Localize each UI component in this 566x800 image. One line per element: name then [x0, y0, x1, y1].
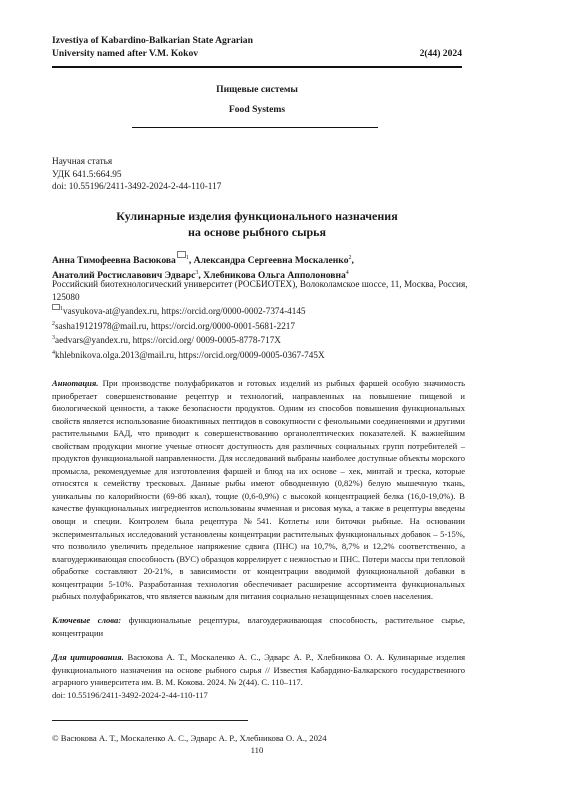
header-rule — [52, 66, 462, 68]
contact-line: 3aedvars@yandex.ru, https://orcid.org/ 0… — [52, 332, 462, 347]
author-contacts: 1vasyukova-at@yandex.ru, https://orcid.o… — [52, 303, 462, 361]
contact-email-orcid[interactable]: vasyukova-at@yandex.ru, https://orcid.or… — [63, 306, 306, 316]
author-name: Анна Тимофеевна Васюкова — [52, 255, 176, 266]
envelope-icon — [177, 251, 186, 258]
section-title-ru: Пищевые системы — [52, 84, 462, 95]
footnote-rule — [52, 720, 248, 721]
citation-doi[interactable]: doi: 10.55196/2411-3492-2024-2-44-110-11… — [52, 689, 465, 702]
author-mark: 4 — [346, 270, 349, 276]
affiliation: Российский биотехнологический университе… — [52, 278, 468, 303]
title-line-2: на основе рыбного сырья — [52, 224, 462, 240]
section-title-en: Food Systems — [52, 104, 462, 115]
contact-email-orcid[interactable]: khlebnikova.olga.2013@mail.ru, https://o… — [55, 350, 325, 360]
keywords: Ключевые слова: функциональные рецептуры… — [52, 614, 465, 639]
section-rule — [132, 127, 378, 128]
article-meta: Научная статья УДК 641.5:664.95 doi: 10.… — [52, 156, 221, 194]
journal-name-line2: University named after V.M. Kokov — [52, 47, 198, 60]
abstract-label: Аннотация. — [52, 378, 98, 388]
contact-email-orcid[interactable]: aedvars@yandex.ru, https://orcid.org/ 00… — [55, 335, 281, 345]
contact-line: 4khlebnikova.olga.2013@mail.ru, https://… — [52, 347, 462, 362]
contact-email-orcid[interactable]: sasha19121978@mail.ru, https://orcid.org… — [55, 321, 295, 331]
issue-number: 2(44) 2024 — [420, 47, 462, 60]
separator: , — [352, 255, 354, 266]
citation: Для цитирования. Васюкова А. Т., Москале… — [52, 651, 465, 701]
article-title: Кулинарные изделия функционального назна… — [52, 208, 462, 240]
udc-code: УДК 641.5:664.95 — [52, 169, 221, 182]
abstract: Аннотация. При производстве полуфабрикат… — [52, 377, 465, 603]
envelope-icon — [52, 304, 60, 310]
running-header: Izvestiya of Kabardino-Balkarian State A… — [52, 34, 462, 60]
copyright: © Васюкова А. Т., Москаленко А. С., Эдва… — [52, 733, 327, 743]
page-number: 110 — [52, 745, 462, 755]
author-name: Александра Сергеевна Москаленко — [194, 255, 349, 266]
citation-label: Для цитирования. — [52, 652, 124, 662]
contact-line: 2sasha19121978@mail.ru, https://orcid.or… — [52, 318, 462, 333]
title-line-1: Кулинарные изделия функционального назна… — [52, 208, 462, 224]
abstract-text: При производстве полуфабрикатов и готовы… — [52, 378, 465, 601]
journal-name-line1: Izvestiya of Kabardino-Balkarian State A… — [52, 34, 462, 47]
article-type: Научная статья — [52, 156, 221, 169]
keywords-label: Ключевые слова: — [52, 615, 121, 625]
doi[interactable]: doi: 10.55196/2411-3492-2024-2-44-110-11… — [52, 181, 221, 194]
contact-line: 1vasyukova-at@yandex.ru, https://orcid.o… — [52, 303, 462, 318]
